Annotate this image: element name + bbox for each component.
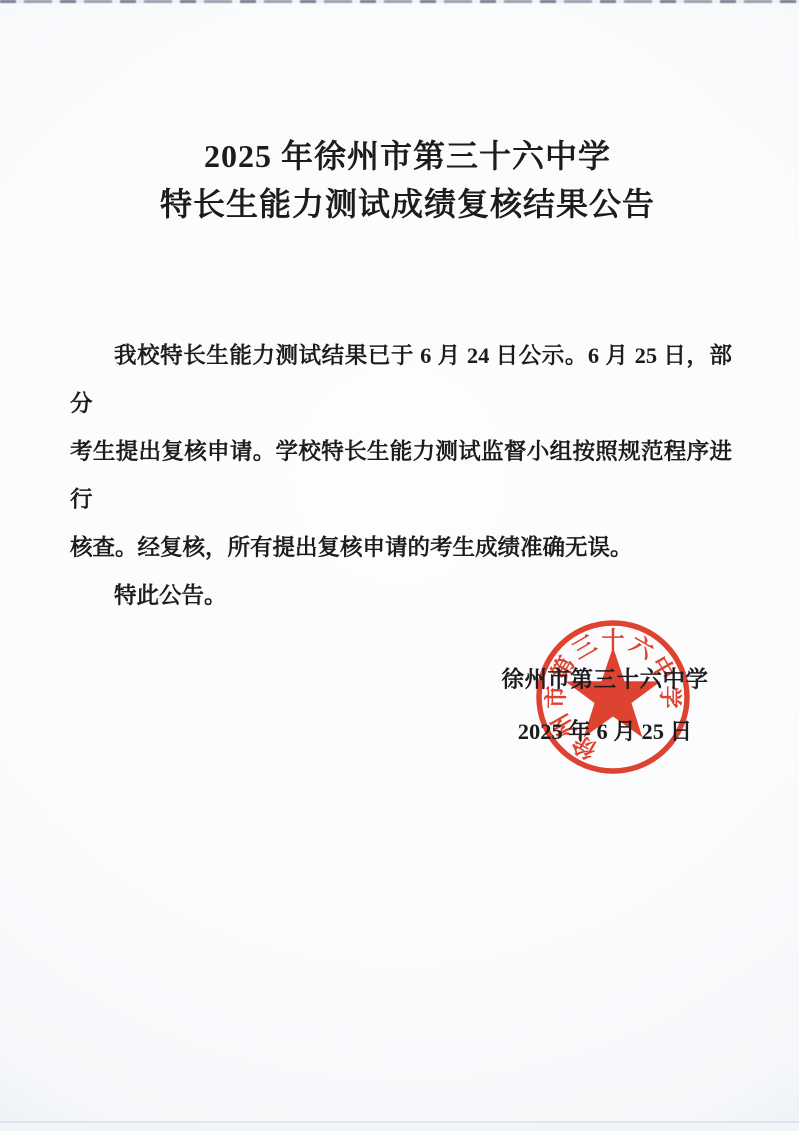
- signature-org-name: 徐州市第三十六中学: [440, 668, 770, 692]
- signature-date: 2025 年 6 月 25 日: [440, 720, 770, 744]
- body-line: 考生提出复核申请。学校特长生能力测试监督小组按照规范程序进行: [70, 428, 732, 524]
- signature-block: 徐州市第三十六中学 2025 年 6 月 25 日: [440, 668, 770, 744]
- scan-artifact-bottom-margin: [0, 1123, 799, 1131]
- body-line: 我校特长生能力测试结果已于 6 月 24 日公示。6 月 25 日，部分: [70, 332, 732, 428]
- body-line: 特此公告。: [70, 572, 732, 620]
- scan-artifact-top-edge: [0, 0, 799, 3]
- body-line: 核查。经复核，所有提出复核申请的考生成绩准确无误。: [70, 524, 732, 572]
- announcement-body: 我校特长生能力测试结果已于 6 月 24 日公示。6 月 25 日，部分 考生提…: [70, 332, 732, 620]
- seal-ring-character: 十: [602, 628, 625, 653]
- document-title-line-2: 特长生能力测试成绩复核结果公告: [40, 182, 775, 226]
- scanned-announcement-page: 2025 年徐州市第三十六中学 特长生能力测试成绩复核结果公告 我校特长生能力测…: [0, 0, 799, 1131]
- document-title-line-1: 2025 年徐州市第三十六中学: [40, 134, 775, 178]
